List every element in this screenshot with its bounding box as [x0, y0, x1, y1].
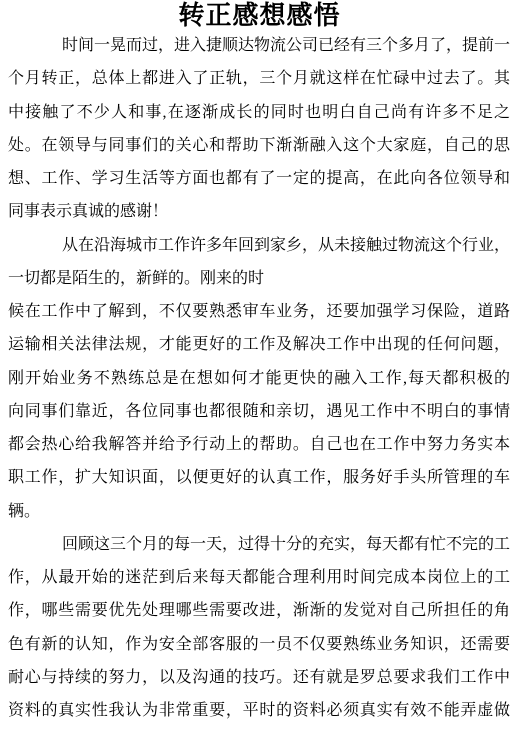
text-line: 都会热心给我解答并给予行动上的帮助。自己也在工作中努力务实本: [8, 428, 510, 461]
text-line: 同事表示真诚的感谢！: [8, 195, 510, 228]
text-line: 想、工作、学习生活等方面也都有了一定的提高，在此向各位领导和: [8, 162, 510, 195]
text-line: 刚开始业务不熟练总是在想如何才能更快的融入工作,每天都积极的: [8, 362, 510, 395]
text-line: 个月转正，总体上都进入了正轨，三个月就这样在忙碌中过去了。其: [8, 62, 510, 95]
text-line: 一切都是陌生的，新鲜的。刚来的时: [8, 262, 510, 295]
text-line: 职工作，扩大知识面，以便更好的认真工作，服务好手头所管理的车: [8, 461, 510, 494]
document-page: 转正感想感悟 时间一晃而过，进入捷顺达物流公司已经有三个多月了，提前一个月转正，…: [0, 0, 519, 731]
document-title: 转正感想感悟: [0, 0, 519, 29]
text-line: 向同事们靠近，各位同事也都很随和亲切，遇见工作中不明白的事情: [8, 395, 510, 428]
text-line: 从在沿海城市工作许多年回到家乡，从未接触过物流这个行业，: [8, 229, 510, 262]
text-line: 处。在领导与同事们的关心和帮助下渐渐融入这个大家庭，自己的思: [8, 129, 510, 162]
text-line: 候在工作中了解到，不仅要熟悉审车业务，还要加强学习保险，道路: [8, 295, 510, 328]
text-line: 时间一晃而过，进入捷顺达物流公司已经有三个多月了，提前一: [8, 29, 510, 62]
text-line: 辆。: [8, 495, 510, 528]
text-line: 色有新的认知，作为安全部客服的一员不仅要熟练业务知识，还需要: [8, 628, 510, 661]
document-body: 时间一晃而过，进入捷顺达物流公司已经有三个多月了，提前一个月转正，总体上都进入了…: [0, 29, 519, 727]
text-line: 中接触了不少人和事,在逐渐成长的同时也明白自己尚有许多不足之: [8, 96, 510, 129]
text-line: 作，哪些需要优先处理哪些需要改进，渐渐的发觉对自己所担任的角: [8, 594, 510, 627]
text-line: 运输相关法律法规，才能更好的工作及解决工作中出现的任何问题，: [8, 328, 510, 361]
text-line: 耐心与持续的努力，以及沟通的技巧。还有就是罗总要求我们工作中: [8, 661, 510, 694]
text-line: 回顾这三个月的每一天，过得十分的充实，每天都有忙不完的工: [8, 528, 510, 561]
text-line: 资料的真实性我认为非常重要，平时的资料必须真实有效不能弄虚做: [8, 694, 510, 727]
text-line: 作，从最开始的迷茫到后来每天都能合理利用时间完成本岗位上的工: [8, 561, 510, 594]
